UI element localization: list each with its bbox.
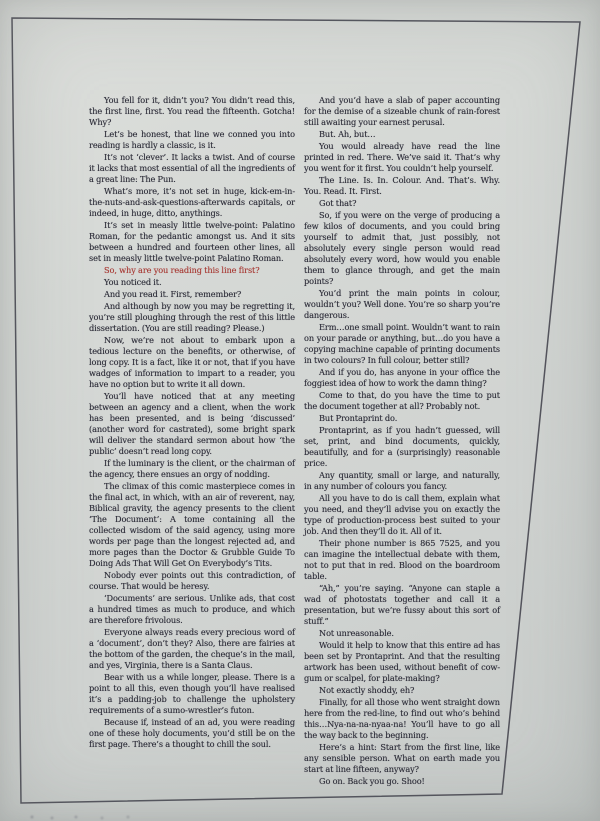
body-paragraph: If the luminary is the client, or the ch…: [89, 458, 295, 480]
body-paragraph: Bear with us a while longer, please. The…: [89, 672, 295, 716]
body-paragraph: You noticed it.: [89, 277, 295, 288]
body-paragraph: “Ah,” you’re saying. “Anyone can staple …: [304, 583, 500, 627]
red-teaser-line: So, why are you reading this line first?: [89, 265, 295, 276]
body-paragraph: Now, we’re not about to embark upon a te…: [89, 335, 295, 390]
body-paragraph: Let’s be honest, that line we conned you…: [89, 129, 295, 151]
body-paragraph: But. Ah, but…: [304, 129, 500, 140]
body-paragraph: You’ll have noticed that at any meeting …: [89, 391, 295, 457]
margin-smudge: [24, 812, 164, 821]
body-paragraph: Because if, instead of an ad, you were r…: [89, 717, 295, 750]
body-paragraph: The climax of this comic masterpiece com…: [89, 481, 295, 569]
body-paragraph: The Line. Is. In. Colour. And. That’s. W…: [304, 175, 500, 197]
body-paragraph: Here’s a hint: Start from the first line…: [304, 742, 500, 775]
body-paragraph: Got that?: [304, 198, 500, 209]
body-paragraph: Finally, for all those who went straight…: [304, 697, 500, 741]
body-paragraph: It’s not ‘clever’. It lacks a twist. And…: [89, 152, 295, 185]
body-paragraph: Erm…one small point. Wouldn’t want to ra…: [304, 322, 500, 366]
body-paragraph: You would already have read the line pri…: [304, 141, 500, 174]
body-paragraph: All you have to do is call them, explain…: [304, 493, 500, 537]
body-paragraph: Go on. Back you go. Shoo!: [304, 776, 500, 787]
body-paragraph: You’d print the main points in colour, w…: [304, 288, 500, 321]
body-paragraph: And you read it. First, remember?: [89, 289, 295, 300]
body-paragraph: Any quantity, small or large, and natura…: [304, 470, 500, 492]
body-paragraph: ‘Documents’ are serious. Unlike ads, tha…: [89, 593, 295, 626]
column-right: And you’d have a slab of paper accountin…: [304, 95, 500, 788]
column-left: You fell for it, didn’t you? You didn’t …: [89, 95, 295, 751]
scanned-ad-photo: { "colors": { "paper": "#d5d8d5", "ink":…: [0, 0, 600, 821]
body-paragraph: So, if you were on the verge of producin…: [304, 210, 500, 287]
body-paragraph: What’s more, it’s not set in huge, kick-…: [89, 186, 295, 219]
body-paragraph: And you’d have a slab of paper accountin…: [304, 95, 500, 128]
body-paragraph: Everyone always reads every precious wor…: [89, 627, 295, 671]
body-paragraph: You fell for it, didn’t you? You didn’t …: [89, 95, 295, 128]
body-paragraph: Nobody ever points out this contradictio…: [89, 570, 295, 592]
body-paragraph: Their phone number is 865 7525, and you …: [304, 538, 500, 582]
body-paragraph: Come to that, do you have the time to pu…: [304, 390, 500, 412]
body-paragraph: It’s set in measly little twelve-point: …: [89, 220, 295, 264]
ad-body-copy: You fell for it, didn’t you? You didn’t …: [0, 0, 600, 821]
body-paragraph: Not exactly shoddy, eh?: [304, 685, 500, 696]
body-paragraph: And if you do, has anyone in your office…: [304, 367, 500, 389]
body-paragraph: Would it help to know that this entire a…: [304, 640, 500, 684]
body-paragraph: And although by now you may be regrettin…: [89, 301, 295, 334]
body-paragraph: But Prontaprint do.: [304, 413, 500, 424]
body-paragraph: Not unreasonable.: [304, 628, 500, 639]
body-paragraph: Prontaprint, as if you hadn’t guessed, w…: [304, 425, 500, 469]
